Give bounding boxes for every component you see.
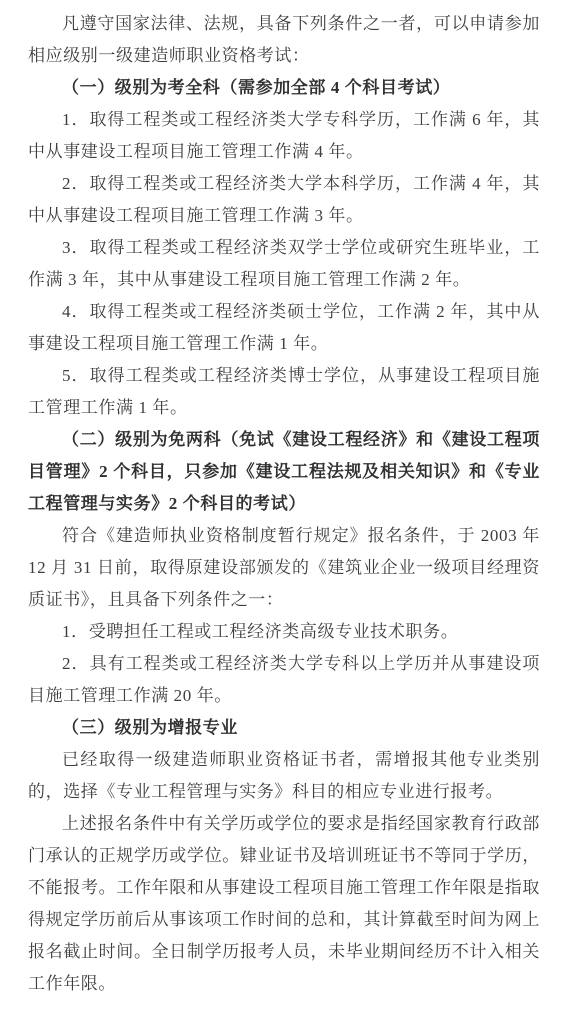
clause-1-5: 5．取得工程类或工程经济类博士学位，从事建设工程项目施工管理工作满 1 年。 bbox=[28, 360, 540, 424]
clause-2-2: 2．具有工程类或工程经济类大学专科以上学历并从事建设项目施工管理工作满 20 年… bbox=[28, 648, 540, 712]
document-page: 凡遵守国家法律、法规，具备下列条件之一者，可以申请参加相应级别一级建造师职业资格… bbox=[0, 0, 567, 1018]
paragraph-notes: 上述报名条件中有关学历或学位的要求是指经国家教育行政部门承认的正规学历或学位。肄… bbox=[28, 808, 540, 1000]
section-3-heading: （三）级别为增报专业 bbox=[28, 712, 540, 744]
section-3-body: 已经取得一级建造师职业资格证书者，需增报其他专业类别的，选择《专业工程管理与实务… bbox=[28, 744, 540, 808]
section-1-heading: （一）级别为考全科（需参加全部 4 个科目考试） bbox=[28, 72, 540, 104]
clause-1-3: 3．取得工程类或工程经济类双学士学位或研究生班毕业，工作满 3 年，其中从事建设… bbox=[28, 232, 540, 296]
clause-2-1: 1．受聘担任工程或工程经济类高级专业技术职务。 bbox=[28, 616, 540, 648]
clause-1-4: 4．取得工程类或工程经济类硕士学位，工作满 2 年，其中从事建设工程项目施工管理… bbox=[28, 296, 540, 360]
section-2-intro: 符合《建造师执业资格制度暂行规定》报名条件，于 2003 年 12 月 31 日… bbox=[28, 520, 540, 616]
paragraph-intro: 凡遵守国家法律、法规，具备下列条件之一者，可以申请参加相应级别一级建造师职业资格… bbox=[28, 8, 540, 72]
clause-1-1: 1．取得工程类或工程经济类大学专科学历，工作满 6 年，其中从事建设工程项目施工… bbox=[28, 104, 540, 168]
section-2-heading: （二）级别为免两科（免试《建设工程经济》和《建设工程项目管理》2 个科目，只参加… bbox=[28, 424, 540, 520]
clause-1-2: 2．取得工程类或工程经济类大学本科学历，工作满 4 年，其中从事建设工程项目施工… bbox=[28, 168, 540, 232]
